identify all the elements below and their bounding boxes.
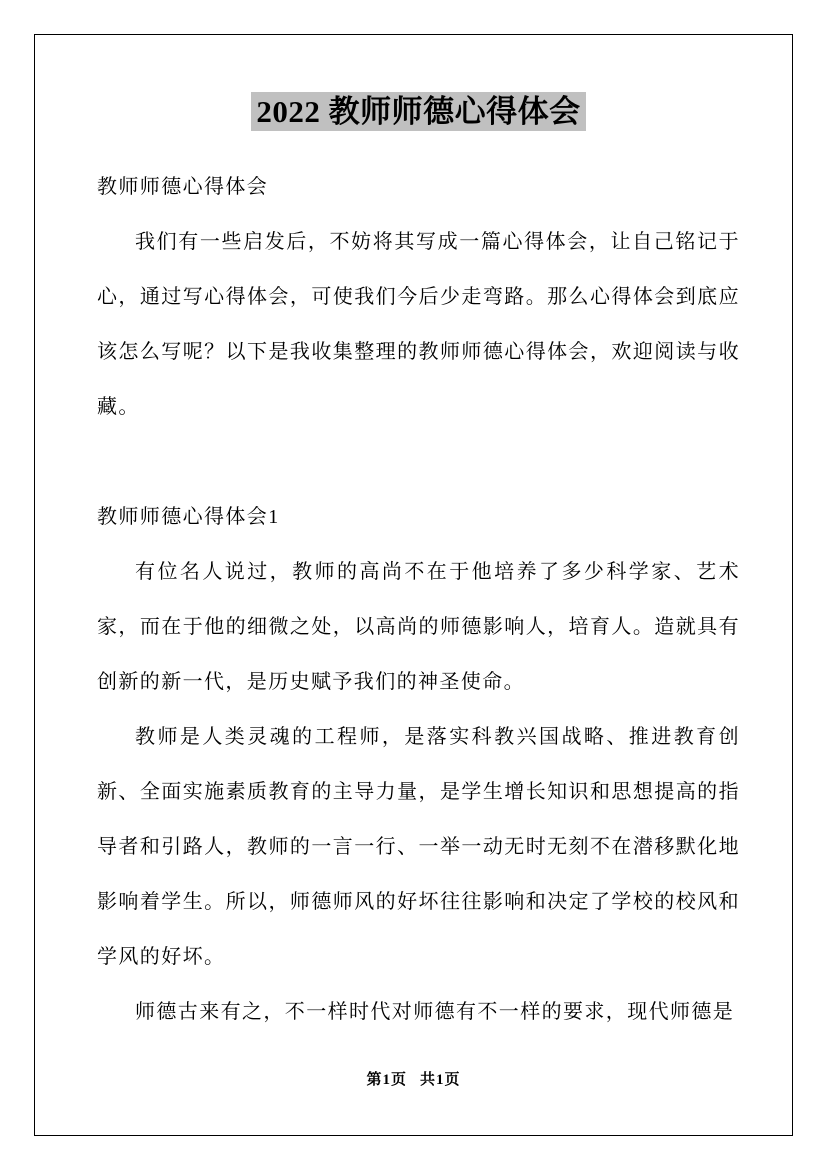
body-paragraph: 教师是人类灵魂的工程师，是落实科教兴国战略、推进教育创新、全面实施素质教育的主导…	[97, 710, 740, 985]
document-body: 教师师德心得体会 我们有一些启发后，不妨将其写成一篇心得体会，让自己铭记于心，通…	[97, 160, 740, 1040]
section-heading: 教师师德心得体会1	[97, 490, 740, 545]
page-content: 2022 教师师德心得体会 教师师德心得体会 我们有一些启发后，不妨将其写成一篇…	[97, 90, 740, 1040]
page-footer: 第1页共1页	[34, 1068, 793, 1089]
page-number: 第1页	[366, 1072, 407, 1088]
body-paragraph: 有位名人说过，教师的高尚不在于他培养了多少科学家、艺术家，而在于他的细微之处，以…	[97, 545, 740, 710]
intro-paragraph: 我们有一些启发后，不妨将其写成一篇心得体会，让自己铭记于心，通过写心得体会，可使…	[97, 215, 740, 435]
document-title: 2022 教师师德心得体会	[97, 90, 740, 134]
total-pages: 共1页	[420, 1072, 461, 1088]
title-highlight: 2022 教师师德心得体会	[251, 92, 585, 131]
intro-heading: 教师师德心得体会	[97, 160, 740, 215]
body-paragraph: 师德古来有之，不一样时代对师德有不一样的要求，现代师德是	[97, 985, 740, 1040]
document-page: 2022 教师师德心得体会 教师师德心得体会 我们有一些启发后，不妨将其写成一篇…	[0, 0, 827, 1170]
